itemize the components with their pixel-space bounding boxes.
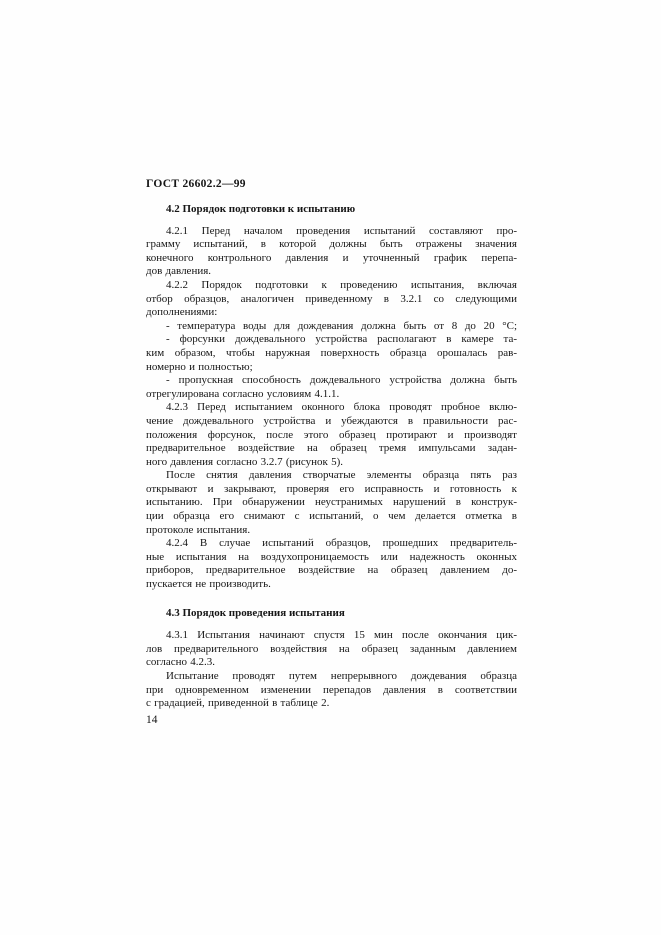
text-line: приборов, предварительное воздействие на… <box>146 564 517 578</box>
text-line: с градацией, приведенной в таблице 2. <box>146 697 517 711</box>
text-line: 4.2.2 Порядок подготовки к проведению ис… <box>146 279 517 293</box>
running-header: ГОСТ 26602.2—99 <box>146 178 246 190</box>
text-line: конечного контрольного давления и уточне… <box>146 252 517 266</box>
text-line: ции образца его снимают с испытаний, о ч… <box>146 510 517 524</box>
text-line: 4.2.4 В случае испытаний образцов, проше… <box>146 537 517 551</box>
text-line: ные испытания на воздухопроницаемость ил… <box>146 551 517 565</box>
section-4-2-heading: 4.2 Порядок подготовки к испытанию <box>146 203 517 217</box>
list-item-capacity: - пропускная способность дождевального у… <box>146 374 517 401</box>
text-line: - пропускная способность дождевального у… <box>146 374 517 388</box>
text-line: чение дождевального устройства и убеждаю… <box>146 415 517 429</box>
paragraph-4-2-2: 4.2.2 Порядок подготовки к проведению ис… <box>146 279 517 320</box>
text-line: ного давления согласно 3.2.7 (рисунок 5)… <box>146 456 517 470</box>
list-item-nozzles: - форсунки дождевального устройства расп… <box>146 333 517 374</box>
text-line: отрегулирована согласно условиям 4.1.1. <box>146 388 517 402</box>
paragraph-after-pressure: После снятия давления створчатые элемент… <box>146 469 517 537</box>
paragraph-4-2-4: 4.2.4 В случае испытаний образцов, проше… <box>146 537 517 591</box>
text-line: дополнениями: <box>146 306 517 320</box>
text-line: - температура воды для дождевания должна… <box>146 320 517 334</box>
text-line: 4.3.1 Испытания начинают спустя 15 мин п… <box>146 629 517 643</box>
page-number: 14 <box>146 714 158 726</box>
text-line: положения форсунок, после этого образец … <box>146 429 517 443</box>
text-line: протоколе испытания. <box>146 524 517 538</box>
text-line: грамму испытаний, в которой должны быть … <box>146 238 517 252</box>
text-line: предварительное воздействие на образец т… <box>146 442 517 456</box>
text-line: при одновременном изменении перепадов да… <box>146 684 517 698</box>
text-line: ким образом, чтобы наружная поверхность … <box>146 347 517 361</box>
text-line: открывают и закрывают, проверяя его испр… <box>146 483 517 497</box>
text-line: согласно 4.2.3. <box>146 656 517 670</box>
text-line: 4.2.3 Перед испытанием оконного блока пр… <box>146 401 517 415</box>
document-content: 4.2 Порядок подготовки к испытанию 4.2.1… <box>146 203 517 711</box>
text-line: После снятия давления створчатые элемент… <box>146 469 517 483</box>
text-line: пускается не производить. <box>146 578 517 592</box>
document-page: ГОСТ 26602.2—99 4.2 Порядок подготовки к… <box>0 0 661 935</box>
text-line: отбор образцов, аналогичен приведенному … <box>146 293 517 307</box>
text-line: номерно и полностью; <box>146 361 517 375</box>
paragraph-4-2-3: 4.2.3 Перед испытанием оконного блока пр… <box>146 401 517 469</box>
text-line: 4.2.1 Перед началом проведения испытаний… <box>146 225 517 239</box>
list-item-temperature: - температура воды для дождевания должна… <box>146 320 517 334</box>
text-line: дов давления. <box>146 265 517 279</box>
text-line: лов предварительного воздействия на обра… <box>146 643 517 657</box>
text-line: испытанию. При обнаружении неустранимых … <box>146 496 517 510</box>
text-line: Испытание проводят путем непрерывного до… <box>146 670 517 684</box>
text-line: - форсунки дождевального устройства расп… <box>146 333 517 347</box>
paragraph-4-2-1: 4.2.1 Перед началом проведения испытаний… <box>146 225 517 279</box>
paragraph-test-method: Испытание проводят путем непрерывного до… <box>146 670 517 711</box>
paragraph-4-3-1: 4.3.1 Испытания начинают спустя 15 мин п… <box>146 629 517 670</box>
section-4-3-heading: 4.3 Порядок проведения испытания <box>146 607 517 621</box>
